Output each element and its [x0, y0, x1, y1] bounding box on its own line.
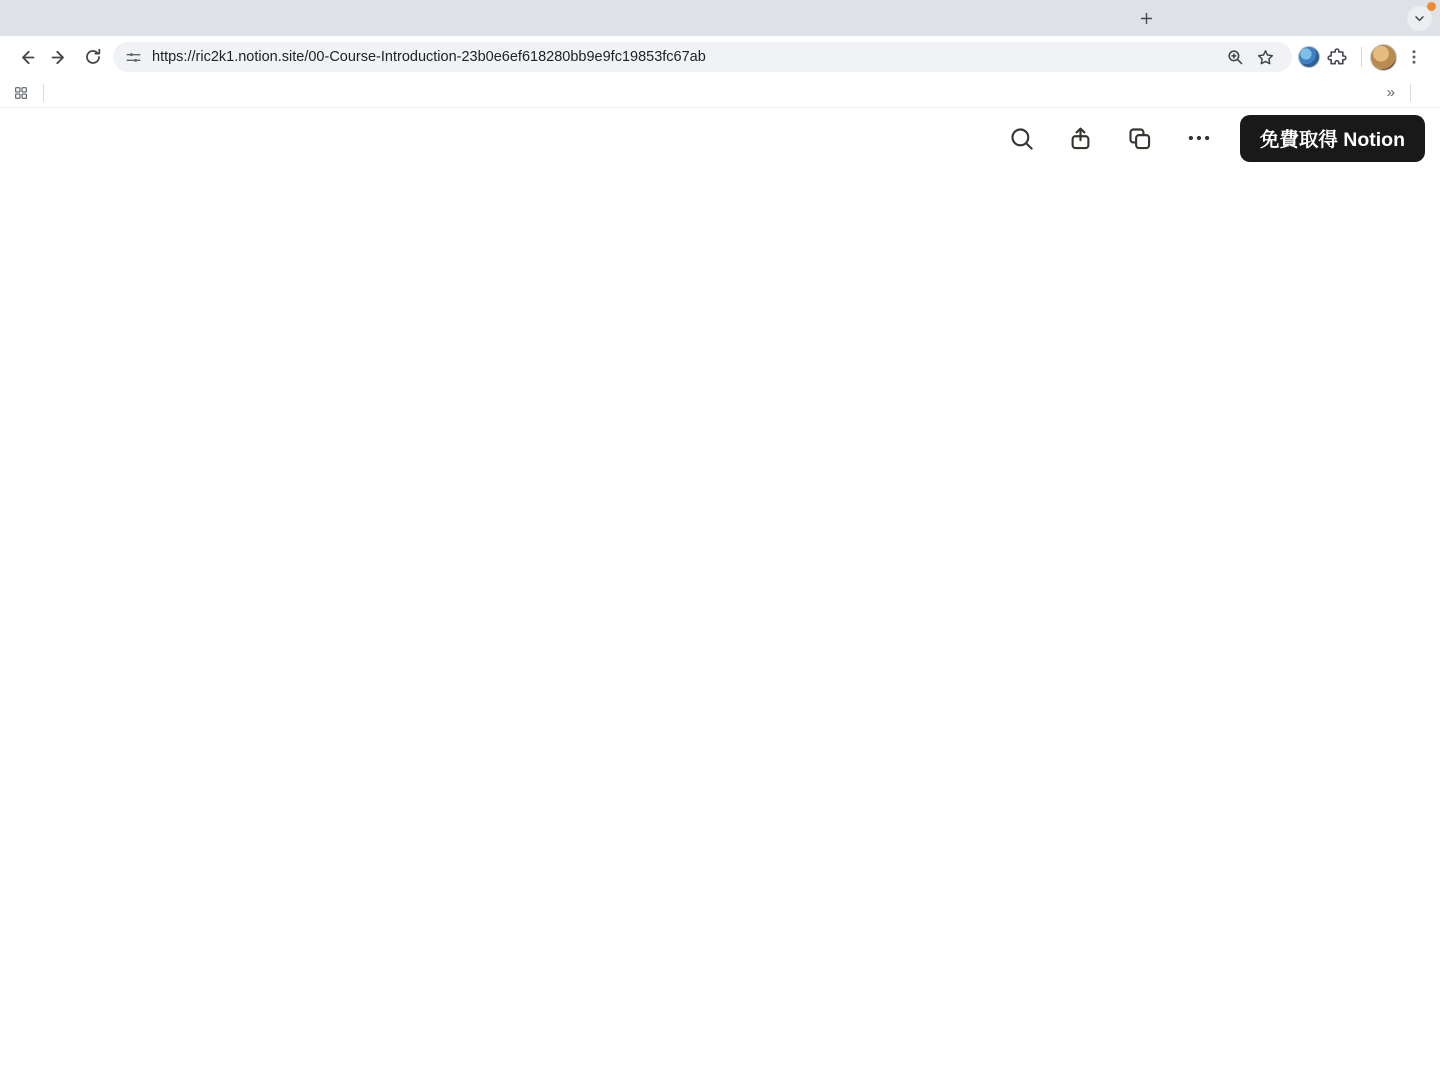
url-text[interactable]: https://ric2k1.notion.site/00-Course-Int…: [152, 49, 1220, 65]
reload-button[interactable]: [76, 41, 109, 74]
puzzle-icon: [1327, 47, 1347, 67]
window-controls: [14, 12, 66, 24]
browser-window: https://ric2k1.notion.site/00-Course-Int…: [0, 0, 1440, 1080]
profile-notification-dot: [1427, 2, 1436, 11]
duplicate-icon: [1126, 125, 1153, 152]
bookmarks-divider: [43, 84, 44, 102]
browser-menu-button[interactable]: [1397, 41, 1430, 74]
reload-icon: [83, 47, 103, 67]
back-button[interactable]: [10, 41, 43, 74]
share-icon: [1067, 125, 1094, 152]
toolbar-divider: [1361, 47, 1362, 67]
browser-toolbar: https://ric2k1.notion.site/00-Course-Int…: [0, 36, 1440, 78]
forward-button[interactable]: [43, 41, 76, 74]
apps-grid-button[interactable]: [13, 85, 29, 101]
ellipsis-icon: [1186, 125, 1212, 151]
profile-avatar[interactable]: [1370, 44, 1397, 71]
close-window-button[interactable]: [14, 12, 26, 24]
chevron-down-icon: [1412, 11, 1427, 26]
site-settings-icon[interactable]: [125, 49, 142, 66]
extension-icon[interactable]: [1298, 46, 1320, 68]
bookmarks-bar: »: [0, 78, 1440, 108]
apps-grid-icon: [13, 85, 29, 101]
extensions-menu-button[interactable]: [1320, 41, 1353, 74]
zoom-magnifier-icon: [1226, 48, 1245, 67]
forward-arrow-icon: [49, 47, 70, 68]
zoom-window-button[interactable]: [54, 12, 66, 24]
new-tab-button[interactable]: [1133, 5, 1160, 32]
back-arrow-icon: [16, 47, 37, 68]
bookmark-page-button[interactable]: [1250, 42, 1280, 72]
kebab-menu-icon: [1405, 48, 1423, 66]
zoom-page-button[interactable]: [1220, 42, 1250, 72]
minimize-window-button[interactable]: [34, 12, 46, 24]
notion-search-button[interactable]: [1001, 117, 1043, 159]
notion-share-button[interactable]: [1060, 117, 1102, 159]
address-bar[interactable]: https://ric2k1.notion.site/00-Course-Int…: [113, 42, 1292, 72]
bookmarks-divider-right: [1410, 84, 1411, 102]
notion-duplicate-button[interactable]: [1119, 117, 1161, 159]
notion-header: 免費取得 Notion: [0, 108, 1440, 168]
star-outline-icon: [1256, 48, 1275, 67]
browser-tab-strip: [0, 0, 1440, 36]
search-icon: [1008, 125, 1035, 152]
get-notion-button[interactable]: 免費取得 Notion: [1240, 115, 1425, 162]
bookmarks-overflow-button[interactable]: »: [1387, 84, 1394, 101]
notion-more-button[interactable]: [1178, 117, 1220, 159]
notion-document: [0, 108, 1440, 1080]
